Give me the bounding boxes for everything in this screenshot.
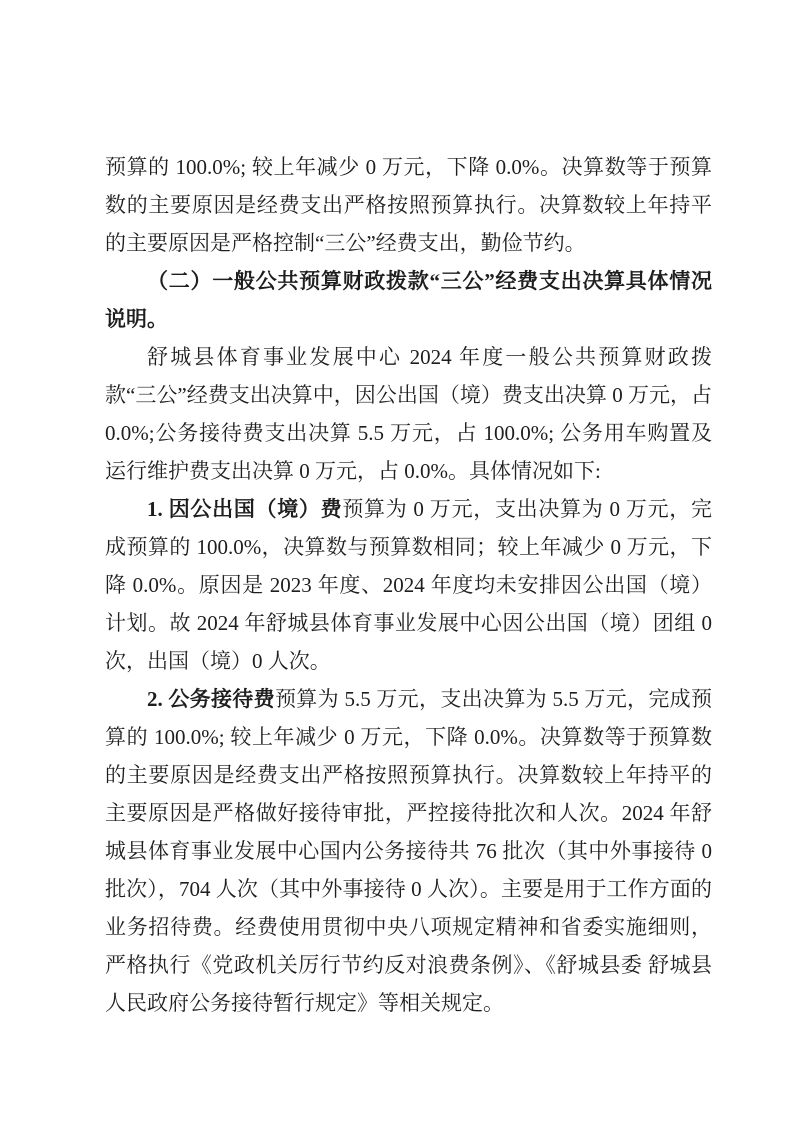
paragraph-item-1: 1. 因公出国（境）费预算为 0 万元，支出决算为 0 万元，完成预算的 100… — [105, 490, 712, 680]
paragraph-text: 预算为 5.5 万元，支出决算为 5.5 万元，完成预算的 100.0%; 较上… — [105, 687, 712, 1015]
section-heading-text: （二）一般公共预算财政拨款“三公”经费支出决算具体情况说明。 — [105, 269, 712, 331]
paragraph-text: 预算为 0 万元，支出决算为 0 万元，完成预算的 100.0%，决算数与预算数… — [105, 497, 712, 673]
item-1-label: 1. 因公出国（境）费 — [147, 497, 342, 521]
section-heading: （二）一般公共预算财政拨款“三公”经费支出决算具体情况说明。 — [105, 262, 712, 338]
item-2-label: 2. 公务接待费 — [147, 687, 275, 711]
document-page: 预算的 100.0%; 较上年减少 0 万元，下降 0.0%。决算数等于预算数的… — [0, 0, 793, 1122]
document-body: 预算的 100.0%; 较上年减少 0 万元，下降 0.0%。决算数等于预算数的… — [105, 148, 712, 1022]
paragraph-text: 预算的 100.0%; 较上年减少 0 万元，下降 0.0%。决算数等于预算数的… — [105, 155, 712, 255]
paragraph-overview: 舒城县体育事业发展中心 2024 年度一般公共预算财政拨款“三公”经费支出决算中… — [105, 338, 712, 490]
paragraph-item-2: 2. 公务接待费预算为 5.5 万元，支出决算为 5.5 万元，完成预算的 10… — [105, 680, 712, 1022]
paragraph-carryover: 预算的 100.0%; 较上年减少 0 万元，下降 0.0%。决算数等于预算数的… — [105, 148, 712, 262]
paragraph-text: 舒城县体育事业发展中心 2024 年度一般公共预算财政拨款“三公”经费支出决算中… — [105, 345, 712, 483]
